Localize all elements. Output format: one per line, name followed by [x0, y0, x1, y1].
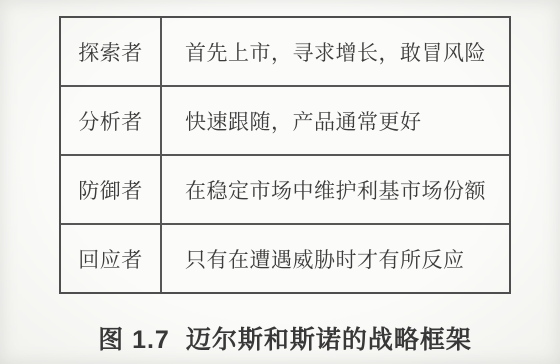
- strategy-type-cell: 回应者: [61, 225, 162, 292]
- strategy-framework-table: 探索者 首先上市，寻求增长，敢冒风险 分析者 快速跟随，产品通常更好 防御者 在…: [59, 16, 511, 294]
- strategy-type-cell: 探索者: [61, 18, 162, 85]
- strategy-desc-cell: 只有在遭遇威胁时才有所反应: [162, 225, 509, 292]
- figure-title: 迈尔斯和斯诺的战略框架: [186, 326, 472, 354]
- strategy-type-cell: 防御者: [61, 156, 162, 223]
- figure-number: 图 1.7: [98, 326, 170, 354]
- scanned-page: 探索者 首先上市，寻求增长，敢冒风险 分析者 快速跟随，产品通常更好 防御者 在…: [0, 0, 560, 364]
- strategy-desc-cell: 首先上市，寻求增长，敢冒风险: [162, 18, 509, 85]
- strategy-desc-cell: 快速跟随，产品通常更好: [162, 87, 509, 154]
- table-row-analyzer: 分析者 快速跟随，产品通常更好: [61, 87, 509, 156]
- strategy-type-cell: 分析者: [61, 87, 162, 154]
- table-row-defender: 防御者 在稳定市场中维护利基市场份额: [61, 156, 509, 225]
- table-row-reactor: 回应者 只有在遭遇威胁时才有所反应: [61, 225, 509, 292]
- table-row-prospector: 探索者 首先上市，寻求增长，敢冒风险: [61, 18, 509, 87]
- strategy-desc-cell: 在稳定市场中维护利基市场份额: [162, 156, 509, 223]
- figure-caption: 图 1.7迈尔斯和斯诺的战略框架: [59, 320, 511, 356]
